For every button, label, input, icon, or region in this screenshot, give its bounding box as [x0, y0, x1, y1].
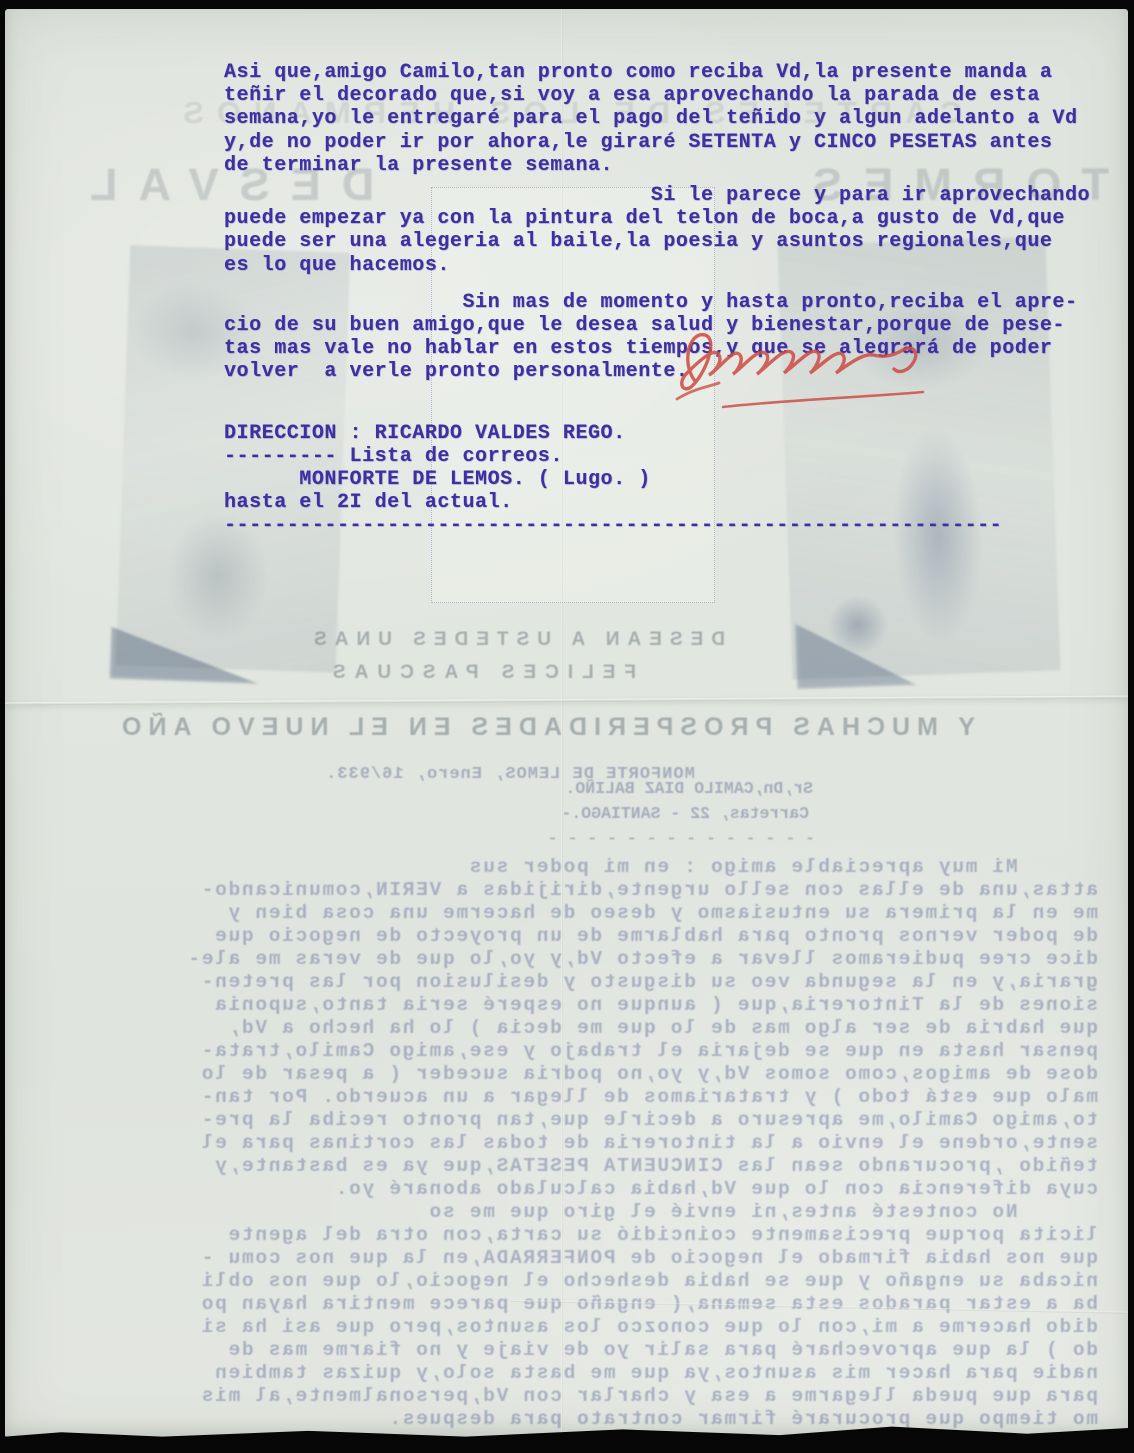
- ghost-reverse-line: pensar hasta en que se dejaria el trabaj…: [53, 1040, 1098, 1063]
- ghost-card-line-2: FELICES PASCUAS: [305, 662, 655, 684]
- ghost-reverse-line: Mi muy apreciable amigo : en mi poder su…: [53, 856, 1098, 879]
- letter-line: Si le parece y para ir aprovechando: [224, 184, 1090, 207]
- ghost-reverse-line: que habria de ser algo mas de lo que me …: [53, 1017, 1098, 1040]
- ghost-reverse-line: nadie para hacer mis asuntos,ya que me b…: [53, 1362, 1098, 1385]
- letter-address-line: ----------------------------------------…: [224, 514, 1090, 537]
- ghost-reverse-body: Mi muy apreciable amigo : en mi poder su…: [53, 856, 1098, 1431]
- letter-address-line: --------- Lista de correos.: [224, 445, 1090, 468]
- letter-line: volver a verle pronto personalmente.: [224, 360, 1090, 383]
- letter-line: semana,yo le entregaré para el pago del …: [224, 107, 1090, 130]
- ghost-reverse-line: ba a estar parados esta semana,( engaño …: [53, 1293, 1098, 1316]
- letter-line: teñir el decorado que,si voy a esa aprov…: [224, 84, 1090, 107]
- ghost-reverse-line: me en la primera su entusiasmo y deseo d…: [53, 902, 1098, 925]
- ghost-reverse-line: No contesté antes,ni envié el giro que m…: [53, 1201, 1098, 1224]
- letter-address-line: DIRECCION : RICARDO VALDES REGO.: [224, 422, 1090, 445]
- ghost-reverse-line: teñido ,procurando sean las CINCUENTA PE…: [53, 1155, 1098, 1178]
- letter-paragraph-1: Asi que,amigo Camilo,tan pronto como rec…: [224, 61, 1090, 177]
- ghost-reverse-line: dido hacerme a mi,con lo que conozco los…: [53, 1316, 1098, 1339]
- ghost-recipient-street: Carretas, 22 - SANTIAGO.-: [541, 804, 809, 823]
- ghost-reverse-line: cuya diferencia con lo que Vd,habia calc…: [53, 1178, 1098, 1201]
- letter-line: Asi que,amigo Camilo,tan pronto como rec…: [224, 61, 1090, 84]
- ghost-reverse-line: que nos habia firmado el negocio de PONF…: [53, 1247, 1098, 1270]
- ghost-reverse-line: graria,y en la segunda veo su disgusto y…: [53, 971, 1098, 994]
- letter-line: Sin mas de momento y hasta pronto,reciba…: [224, 291, 1090, 314]
- ghost-reverse-line: attas,una de ellas con sello urgente,dir…: [53, 879, 1098, 902]
- signature-ink: [661, 315, 953, 423]
- letter-paragraph-2: Si le parece y para ir aprovechandopuede…: [224, 184, 1090, 277]
- ghost-reverse-line: licita porque precisamente coincidió su …: [53, 1224, 1098, 1247]
- ghost-reverse-line: do ) la que aprovecharé para salir yo de…: [53, 1339, 1098, 1362]
- ghost-card-line-3: Y MUCHAS PROSPERIDADES EN EL NUEVO AÑO: [45, 713, 1045, 742]
- ghost-reverse-line: nicaba su engaño y que se habia deshecho…: [53, 1270, 1098, 1293]
- letter-line: tas mas vale no hablar en estos tiempos,…: [224, 337, 1090, 360]
- ghost-reverse-line: to,amigo Camilo,me apresuro a decirle qu…: [53, 1109, 1098, 1132]
- ghost-recipient-rule: - - - - - - - - - - - - - -: [535, 829, 815, 848]
- ghost-reverse-line: de poder vernos pronto para hablarme de …: [53, 925, 1098, 948]
- ghost-reverse-line: para que pueda llegarme a esa y charlar …: [53, 1385, 1098, 1408]
- letter-line: es lo que hacemos.: [224, 254, 1090, 277]
- ghost-reverse-line: dice cree pudieramos llevar a efecto Vd,…: [53, 948, 1098, 971]
- letter-line: cio de su buen amigo,que le desea salud …: [224, 314, 1090, 337]
- letter-address-block: DIRECCION : RICARDO VALDES REGO.--------…: [224, 422, 1090, 538]
- letter-line: puede empezar ya con la pintura del telo…: [224, 207, 1090, 230]
- fold-crease-horizontal: [5, 696, 1128, 706]
- ghost-reverse-line: malo que está todo ) y tratariamos de ll…: [53, 1086, 1098, 1109]
- letter-address-line: hasta el 2I del actual.: [224, 491, 1090, 514]
- ghost-card-line-1: DESEAN A USTEDES UNAS: [375, 629, 725, 651]
- scanned-letter-canvas: CARTELES DE LOS HERMANOS TORMES DESVAL D…: [0, 0, 1134, 1453]
- letter-line: puede ser una alegeria al baile,la poesi…: [224, 230, 1090, 253]
- fold-crease-vertical: [561, 9, 563, 1438]
- ghost-recipient-name: Sr,Dn,CAMILO DIAZ BALIÑO.: [543, 779, 813, 798]
- letter-line: de terminar la presente semana.: [224, 154, 1090, 177]
- ghost-reverse-line: sente,ordene el envio a la tintoreria de…: [53, 1132, 1098, 1155]
- ghost-reverse-line: dose de amigos,como somos Vd,y yo,no pod…: [53, 1063, 1098, 1086]
- letter-paper: CARTELES DE LOS HERMANOS TORMES DESVAL D…: [5, 9, 1128, 1438]
- ghost-reverse-line: mo tiempo que procuraré firmar contrato …: [53, 1408, 1098, 1431]
- ghost-reverse-line: siones de la Tintoreria,que ( aunque no …: [53, 994, 1098, 1017]
- letter-address-line: MONFORTE DE LEMOS. ( Lugo. ): [224, 468, 1090, 491]
- handwritten-signature: [661, 315, 953, 423]
- letter-body: Asi que,amigo Camilo,tan pronto como rec…: [224, 61, 1090, 538]
- letter-paragraph-3: Sin mas de momento y hasta pronto,reciba…: [224, 291, 1090, 384]
- letter-line: y,de no poder ir por ahora,le giraré SET…: [224, 131, 1090, 154]
